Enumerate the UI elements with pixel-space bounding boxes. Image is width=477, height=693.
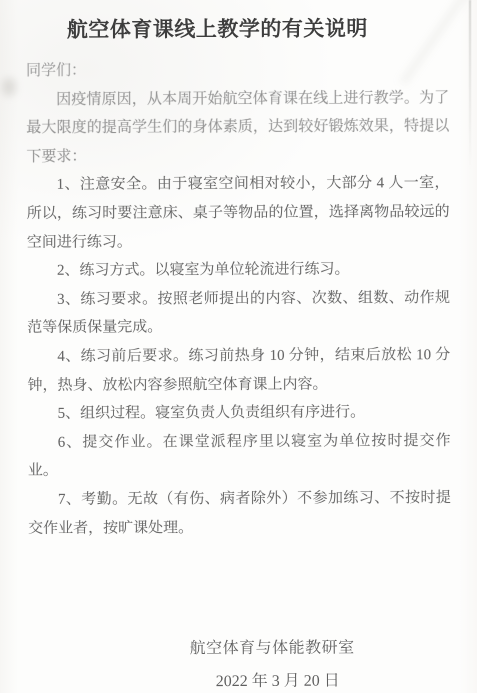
- date-line: 2022 年 3 月 20 日: [29, 664, 452, 693]
- list-item-7: 7、考勤。无故（有伤、病者除外）不参加练习、不按时提交作业者，按旷课处理。: [28, 484, 451, 543]
- scanned-document-page: 航空体育课线上教学的有关说明 同学们： 因疫情原因，从本周开始航空体育课在线上进…: [0, 0, 477, 693]
- document-title: 航空体育课线上教学的有关说明: [6, 13, 429, 45]
- intro-paragraph: 因疫情原因，从本周开始航空体育课在线上进行教学。为了最大限度的提高学生们的身体素…: [26, 84, 449, 172]
- list-item-4: 4、练习前后要求。练习前热身 10 分钟，结束后放松 10 分钟，热身、放松内容…: [27, 341, 450, 400]
- signature-block: 航空体育与体能教研室 2022 年 3 月 20 日: [29, 631, 452, 693]
- list-item-6: 6、提交作业。在课堂派程序里以寝室为单位按时提交作业。: [28, 427, 451, 486]
- scan-edge-shadow: [469, 0, 471, 170]
- list-item-2: 2、练习方式。以寝室为单位轮流进行练习。: [27, 255, 450, 285]
- signature-line: 航空体育与体能教研室: [29, 631, 452, 666]
- scan-smudge: [2, 78, 16, 96]
- list-item-1: 1、注意安全。由于寝室空间相对较小，大部分 4 人一室，所以，练习时要注意床、桌…: [26, 169, 449, 257]
- list-item-5: 5、组织过程。寝室负责人负责组织有序进行。: [27, 398, 450, 428]
- document-content: 航空体育课线上教学的有关说明 同学们： 因疫情原因，从本周开始航空体育课在线上进…: [26, 13, 452, 693]
- list-item-3: 3、练习要求。按照老师提出的内容、次数、组数、动作规范等保质保量完成。: [27, 284, 450, 343]
- salutation: 同学们：: [26, 55, 449, 85]
